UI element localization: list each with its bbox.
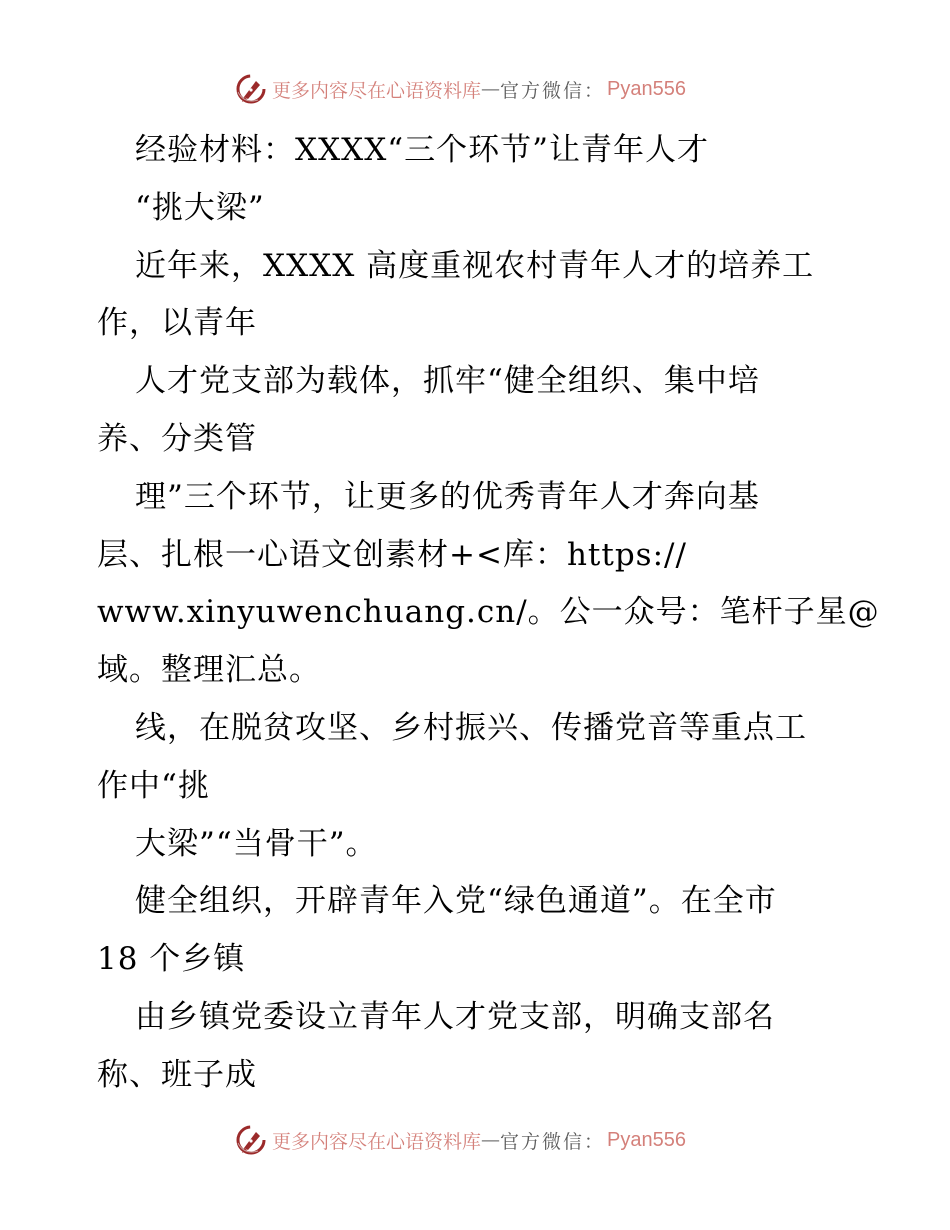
paragraph-line: 人才党支部为载体，抓牢“健全组织、集中培 — [97, 353, 857, 411]
paragraph-line: 健全组织，开辟青年入党“绿色通道”。在全市 — [97, 873, 857, 931]
paragraph-line: 域。整理汇总。 — [97, 642, 857, 700]
banner-dash: — — [481, 78, 500, 100]
footer-watermark-banner: 更多内容尽在心语资料库 — 官方微信： Pyan556 — [234, 1122, 686, 1158]
paragraph-line: 理”三个环节，让更多的优秀青年人才奔向基 — [97, 469, 857, 527]
paragraph-line: 称、班子成 — [97, 1047, 857, 1105]
pen-nib-logo-icon — [234, 72, 268, 106]
paragraph-line: 作中“挑 — [97, 758, 857, 816]
paragraph-line: 18 个乡镇 — [97, 931, 857, 989]
document-body: 经验材料：XXXX“三个环节”让青年人才 “挑大梁” 近年来，XXXX 高度重视… — [97, 122, 857, 1105]
banner-brand-text: 更多内容尽在心语资料库 — [272, 1127, 481, 1154]
paragraph-line: 层、扎根一心语文创素材+<库：https:// — [97, 527, 857, 585]
paragraph-line: 线，在脱贫攻坚、乡村振兴、传播党音等重点工 — [97, 700, 857, 758]
document-title-line-2: “挑大梁” — [97, 180, 857, 238]
paragraph-line: 由乡镇党委设立青年人才党支部，明确支部名 — [97, 989, 857, 1047]
header-watermark-banner: 更多内容尽在心语资料库 — 官方微信： Pyan556 — [234, 71, 686, 107]
paragraph-line: 近年来，XXXX 高度重视农村青年人才的培养工 — [97, 238, 857, 296]
banner-dash: — — [481, 1129, 500, 1151]
paragraph-line: 作，以青年 — [97, 295, 857, 353]
paragraph-line: www.xinyuwenchuang.cn/。公一众号：笔杆子星@ — [97, 584, 857, 642]
banner-wechat-label: 官方微信： — [500, 1127, 605, 1154]
pen-nib-logo-icon — [234, 1123, 268, 1157]
paragraph-line: 养、分类管 — [97, 411, 857, 469]
document-title-line-1: 经验材料：XXXX“三个环节”让青年人才 — [97, 122, 857, 180]
banner-wechat-id: Pyan556 — [607, 1129, 686, 1152]
banner-brand-text: 更多内容尽在心语资料库 — [272, 76, 481, 103]
paragraph-line: 大梁”“当骨干”。 — [97, 816, 857, 874]
banner-wechat-label: 官方微信： — [500, 76, 605, 103]
banner-wechat-id: Pyan556 — [607, 78, 686, 101]
